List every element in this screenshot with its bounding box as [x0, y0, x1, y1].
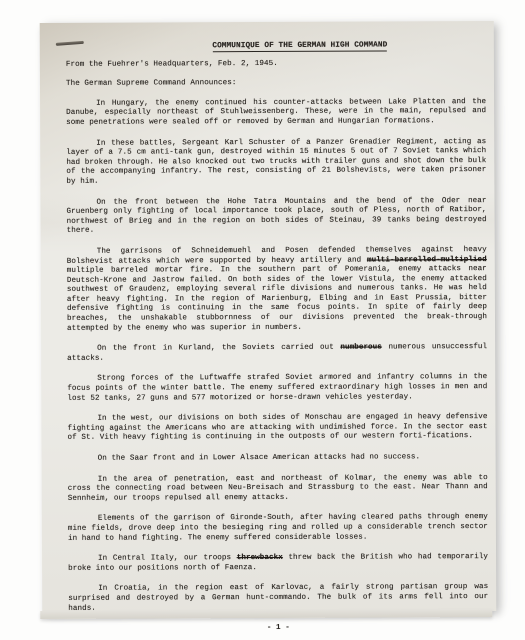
struck-out-typo: numberous — [340, 344, 382, 352]
paragraph: On the Saar front and in Lower Alsace Am… — [68, 453, 488, 464]
paragraph: In these battles, Sergeant Karl Schuster… — [66, 138, 486, 188]
paragraph-text: multiple barreled mortar fire. In the so… — [67, 265, 487, 332]
paragraph: On the front between the Hohe Tatra Moun… — [66, 197, 486, 237]
document-title: COMMUNIQUE OF THE GERMAN HIGH COMMAND — [66, 41, 486, 52]
paragraph: In Hungary, the enemy continued his coun… — [66, 98, 486, 129]
page-number: - 1 - — [68, 623, 488, 634]
document-title-text: COMMUNIQUE OF THE GERMAN HIGH COMMAND — [212, 41, 387, 52]
paragraph: The garrisons of Schneidemuehl and Posen… — [67, 246, 487, 334]
document-body: COMMUNIQUE OF THE GERMAN HIGH COMMAND Fr… — [66, 41, 489, 635]
announcement-line: The German Supreme Command Announces: — [66, 78, 486, 89]
photo-background: COMMUNIQUE OF THE GERMAN HIGH COMMAND Fr… — [0, 0, 525, 640]
paragraph-list: In Hungary, the enemy continued his coun… — [66, 98, 488, 614]
struck-out-typo: threwbackx — [237, 554, 283, 562]
typewritten-page: COMMUNIQUE OF THE GERMAN HIGH COMMAND Fr… — [40, 21, 497, 613]
struck-out-typo: multi-barrelled-multiplied — [367, 256, 487, 265]
paragraph-text: In Central Italy, our troops — [98, 554, 237, 563]
paragraph: Elements of the garrison of Gironde-Sout… — [68, 513, 488, 544]
paragraph: In the west, our divisions on both sides… — [67, 413, 487, 444]
dateline: From the Fuehrer's Headquarters, Feb. 2,… — [66, 59, 486, 70]
paragraph: Strong forces of the Luftwaffe strafed S… — [67, 373, 487, 404]
paragraph: On the front in Kurland, the Soviets car… — [67, 343, 487, 364]
paragraph-text: On the front in Kurland, the Soviets car… — [97, 344, 340, 353]
paragraph: In Croatia, in the region east of Karlov… — [68, 583, 488, 614]
paragraph: In the area of penetration, east and nor… — [68, 474, 488, 505]
paragraph: In Central Italy, our troops threwbackx … — [68, 553, 488, 574]
